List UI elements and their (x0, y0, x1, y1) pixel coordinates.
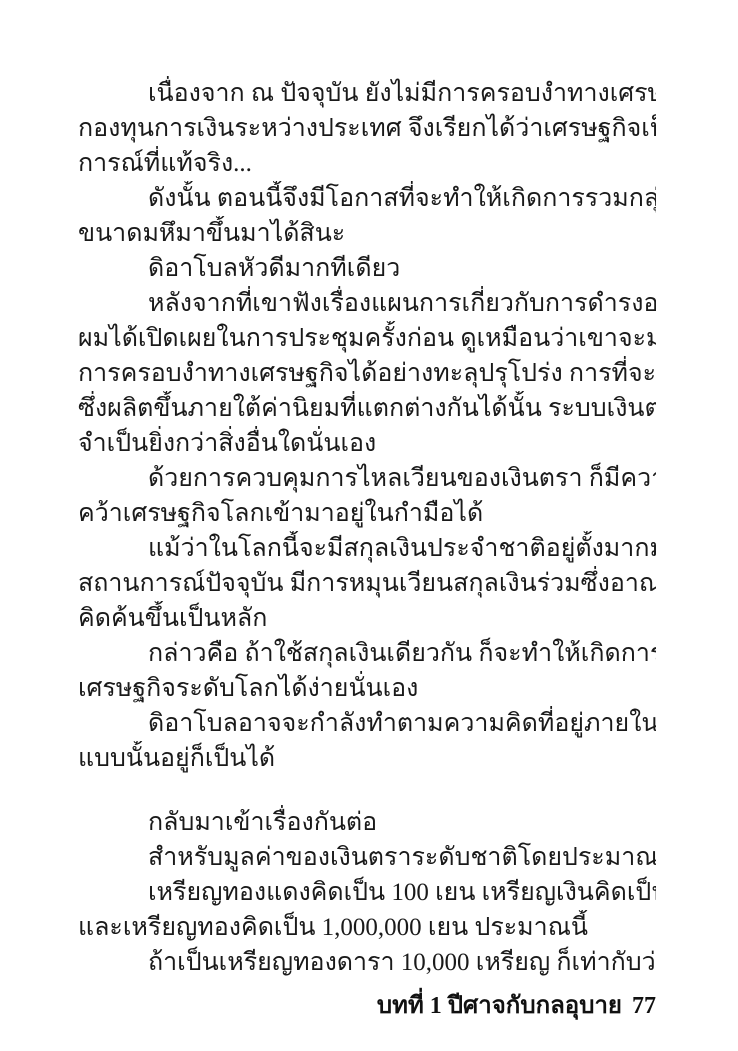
text-line: กลับมาเข้าเรื่องกันต่อ (78, 805, 656, 840)
text-line: คว้าเศรษฐกิจโลกเข้ามาอยู่ในกำมือได้ (78, 496, 656, 531)
text-line: ผมได้เปิดเผยในการประชุมครั้งก่อน ดูเหมือ… (78, 321, 656, 356)
text-line: เนื่องจาก ณ ปัจจุบัน ยังไม่มีการครอบงำทา… (78, 76, 656, 111)
chapter-title: บทที่ 1 ปีศาจกับกลอุบาย (377, 993, 622, 1019)
text-line: แบบนั้นอยู่ก็เป็นได้ (78, 741, 656, 776)
text-line: คิดค้นขึ้นเป็นหลัก (78, 601, 656, 636)
text-line: จำเป็นยิ่งกว่าสิ่งอื่นใดนั่นเอง (78, 426, 656, 461)
text-line: ดิอาโบลอาจจะกำลังทำตามความคิดที่อยู่ภายใ… (78, 706, 656, 741)
page-body: เนื่องจาก ณ ปัจจุบัน ยังไม่มีการครอบงำทา… (78, 76, 656, 980)
text-line: ซึ่งผลิตขึ้นภายใต้ค่านิยมที่แตกต่างกันได… (78, 391, 656, 426)
text-line: เหรียญทองแดงคิดเป็น 100 เยน เหรียญเงินคิ… (78, 875, 656, 910)
text-line: ดิอาโบลหัวดีมากทีเดียว (78, 251, 656, 286)
text-line: การณ์ที่แท้จริง... (78, 146, 656, 181)
text-line: ด้วยการควบคุมการไหลเวียนของเงินตรา ก็มีค… (78, 461, 656, 496)
text-line: การครอบงำทางเศรษฐกิจได้อย่างทะลุปรุโปร่ง… (78, 356, 656, 391)
text-line: สถานการณ์ปัจจุบัน มีการหมุนเวียนสกุลเงิน… (78, 566, 656, 601)
text-line: กองทุนการเงินระหว่างประเทศ จึงเรียกได้ว่… (78, 111, 656, 146)
text-line: และเหรียญทองคิดเป็น 1,000,000 เยน ประมาณ… (78, 910, 656, 945)
book-page: เนื่องจาก ณ ปัจจุบัน ยังไม่มีการครอบงำทา… (78, 76, 656, 1022)
text-line: กล่าวคือ ถ้าใช้สกุลเงินเดียวกัน ก็จะทำให… (78, 636, 656, 671)
text-line: เศรษฐกิจระดับโลกได้ง่ายนั่นเอง (78, 671, 656, 706)
page-footer: บทที่ 1 ปีศาจกับกลอุบาย77 (78, 990, 656, 1022)
text-line: ดังนั้น ตอนนี้จึงมีโอกาสที่จะทำให้เกิดกา… (78, 181, 656, 216)
text-line: แม้ว่าในโลกนี้จะมีสกุลเงินประจำชาติอยู่ต… (78, 531, 656, 566)
text-line: ถ้าเป็นเหรียญทองดารา 10,000 เหรียญ ก็เท่… (78, 945, 656, 980)
text-line: สำหรับมูลค่าของเงินตราระดับชาติโดยประมาณ… (78, 840, 656, 875)
page-number: 77 (632, 993, 656, 1019)
text-line: ขนาดมหึมาขึ้นมาได้สินะ (78, 216, 656, 251)
text-line: หลังจากที่เขาฟังเรื่องแผนการเกี่ยวกับการ… (78, 286, 656, 321)
